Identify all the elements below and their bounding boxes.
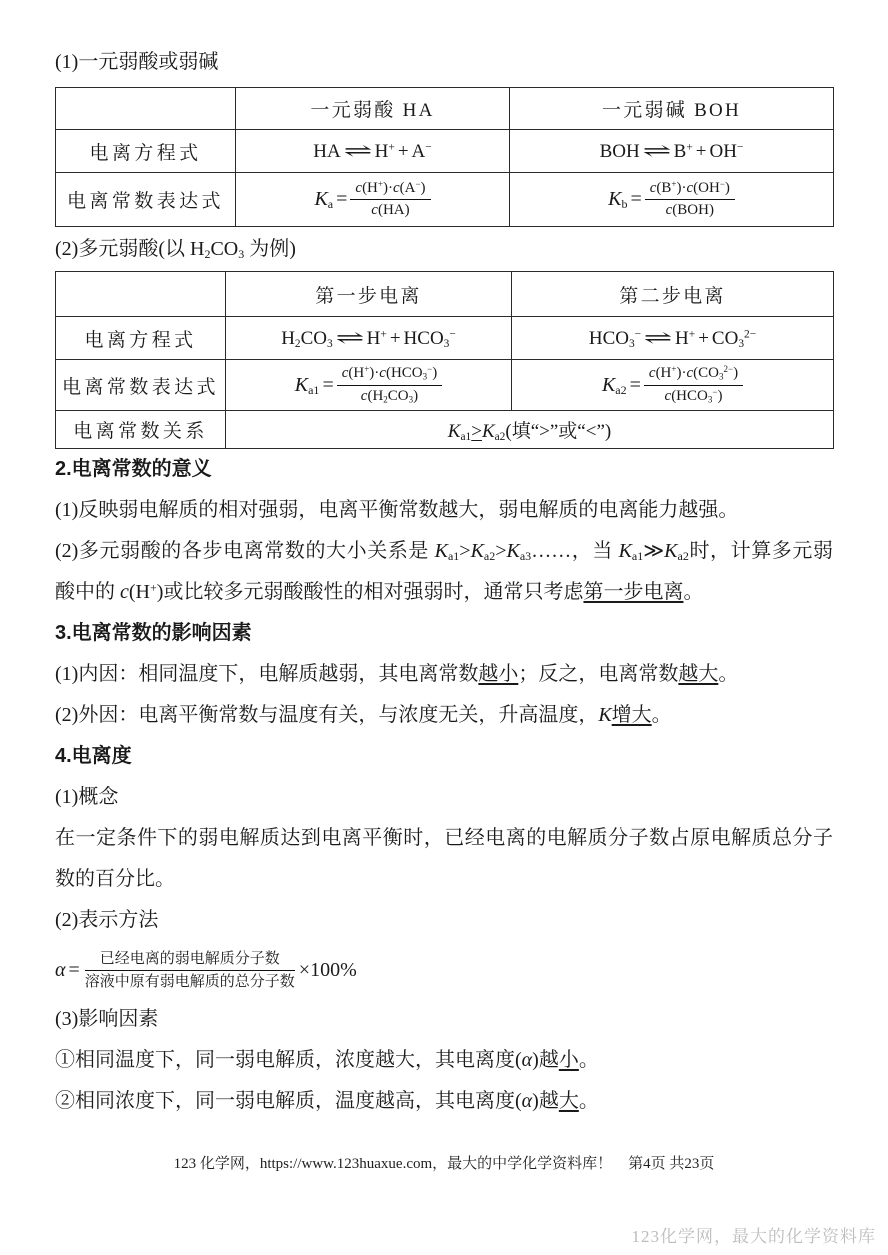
ka-expression-cell: Ka= c(H+)·c(A−) c(HA)	[236, 173, 510, 227]
monoprotic-table: 一元弱酸 HA 一元弱碱 BOH 电离方程式 HA⇌H++A− BOH⇌B++O…	[55, 87, 834, 227]
document-content: (1)一元弱酸或弱碱 一元弱酸 HA 一元弱碱 BOH 电离方程式 HA⇌H++…	[0, 0, 888, 1122]
subsection-title-polyprotic: (2)多元弱酸(以 H2CO3 为例)	[55, 237, 833, 261]
ka2-denominator: c(HCO3−)	[644, 386, 743, 407]
alpha-suffix: ×100%	[299, 959, 357, 982]
base-ionization-equation: BOH⇌B++OH−	[510, 130, 834, 173]
ka2-fraction: c(H+)·c(CO32−) c(HCO3−)	[644, 364, 743, 406]
acid-ionization-equation: HA⇌H++A−	[236, 130, 510, 173]
ka-denominator: c(HA)	[350, 200, 430, 221]
heading-meaning: 2.电离常数的意义	[55, 449, 833, 490]
table1-row-label-expression: 电离常数表达式	[56, 173, 236, 227]
ka1-expression: Ka1= c(H+)·c(HCO3−) c(H2CO3)	[295, 364, 442, 406]
paragraph-degree-1: ①相同温度下，同一弱电解质，浓度越大，其电离度(α)越小。	[55, 1040, 833, 1081]
paragraph-concept: 在一定条件下的弱电解质达到电离平衡时，已经电离的电解质分子数占原电解质总分子数的…	[55, 818, 833, 900]
alpha-formula: α= 已经电离的弱电解质分子数 溶液中原有弱电解质的总分子数 ×100%	[55, 941, 833, 999]
paragraph-factors-internal: (1)内因：相同温度下，电解质越弱，其电离常数越小；反之，电离常数越大。	[55, 654, 833, 695]
ka2-expression-cell: Ka2= c(H+)·c(CO32−) c(HCO3−)	[512, 360, 834, 411]
paragraph-meaning-2: (2)多元弱酸的各步电离常数的大小关系是 Ka1>Ka2>Ka3……，当 Ka1…	[55, 531, 833, 613]
heading-degree: 4.电离度	[55, 736, 833, 777]
kb-symbol: Kb=	[608, 188, 645, 211]
subheading-expression-method: (2)表示方法	[55, 900, 833, 941]
ka1-denominator: c(H2CO3)	[337, 386, 443, 407]
table2-row-label-equation: 电离方程式	[56, 317, 226, 360]
table1-row-label-equation: 电离方程式	[56, 130, 236, 173]
ka1-symbol: Ka1=	[295, 374, 337, 397]
footer-site-info: 123 化学网，https://www.123huaxue.com，最大的中学化…	[174, 1156, 613, 1172]
ka-numerator: c(H+)·c(A−)	[350, 179, 430, 201]
paragraph-meaning-1: (1)反映弱电解质的相对强弱，电离平衡常数越大，弱电解质的电离能力越强。	[55, 490, 833, 531]
ka-relation-cell: Ka1>Ka2(填“>”或“<”)	[226, 411, 834, 449]
kb-denominator: c(BOH)	[645, 200, 735, 221]
polyprotic-table: 第一步电离 第二步电离 电离方程式 H2CO3⇌H++HCO3− HCO3−⇌H…	[55, 271, 834, 449]
subheading-concept: (1)概念	[55, 777, 833, 818]
table2-row-label-relation: 电离常数关系	[56, 411, 226, 449]
paragraph-factors-external: (2)外因：电离平衡常数与温度有关，与浓度无关，升高温度，K增大。	[55, 695, 833, 736]
alpha-fraction: 已经电离的弱电解质分子数 溶液中原有弱电解质的总分子数	[85, 949, 295, 991]
kb-expression-cell: Kb= c(B+)·c(OH−) c(BOH)	[510, 173, 834, 227]
ka1-fraction: c(H+)·c(HCO3−) c(H2CO3)	[337, 364, 443, 406]
ka1-numerator: c(H+)·c(HCO3−)	[337, 364, 443, 386]
table1-corner-cell	[56, 88, 236, 130]
table2-header-step1: 第一步电离	[226, 272, 512, 317]
ka-fraction: c(H+)·c(A−) c(HA)	[350, 179, 430, 221]
kb-fraction: c(B+)·c(OH−) c(BOH)	[645, 179, 735, 221]
paragraph-degree-2: ②相同浓度下，同一弱电解质，温度越高，其电离度(α)越大。	[55, 1081, 833, 1122]
table2-row-label-expression: 电离常数表达式	[56, 360, 226, 411]
heading-factors: 3.电离常数的影响因素	[55, 613, 833, 654]
ka2-symbol: Ka2=	[602, 374, 644, 397]
table2-header-step2: 第二步电离	[512, 272, 834, 317]
ka2-numerator: c(H+)·c(CO32−)	[644, 364, 743, 386]
ka1-expression-cell: Ka1= c(H+)·c(HCO3−) c(H2CO3)	[226, 360, 512, 411]
subheading-influence-factors: (3)影响因素	[55, 999, 833, 1040]
ka2-expression: Ka2= c(H+)·c(CO32−) c(HCO3−)	[602, 364, 743, 406]
alpha-symbol: α=	[55, 959, 83, 982]
watermark: 123化学网，最大的化学资料库	[632, 1222, 877, 1247]
kb-numerator: c(B+)·c(OH−)	[645, 179, 735, 201]
kb-expression: Kb= c(B+)·c(OH−) c(BOH)	[608, 179, 735, 221]
subsection-title-monoprotic: (1)一元弱酸或弱碱	[55, 50, 833, 74]
alpha-numerator: 已经电离的弱电解质分子数	[85, 949, 295, 971]
table1-header-weak-acid: 一元弱酸 HA	[236, 88, 510, 130]
ka-symbol: Ka=	[314, 188, 350, 211]
table1-header-weak-base: 一元弱碱 BOH	[510, 88, 834, 130]
alpha-denominator: 溶液中原有弱电解质的总分子数	[85, 971, 295, 992]
step1-ionization-equation: H2CO3⇌H++HCO3−	[226, 317, 512, 360]
footer-page-number: 第4页 共23页	[628, 1156, 714, 1172]
page-footer: 123 化学网，https://www.123huaxue.com，最大的中学化…	[0, 1152, 888, 1173]
ka-expression: Ka= c(H+)·c(A−) c(HA)	[314, 179, 430, 221]
step2-ionization-equation: HCO3−⇌H++CO32−	[512, 317, 834, 360]
table2-corner-cell	[56, 272, 226, 317]
document-page: (1)一元弱酸或弱碱 一元弱酸 HA 一元弱碱 BOH 电离方程式 HA⇌H++…	[0, 0, 888, 1255]
